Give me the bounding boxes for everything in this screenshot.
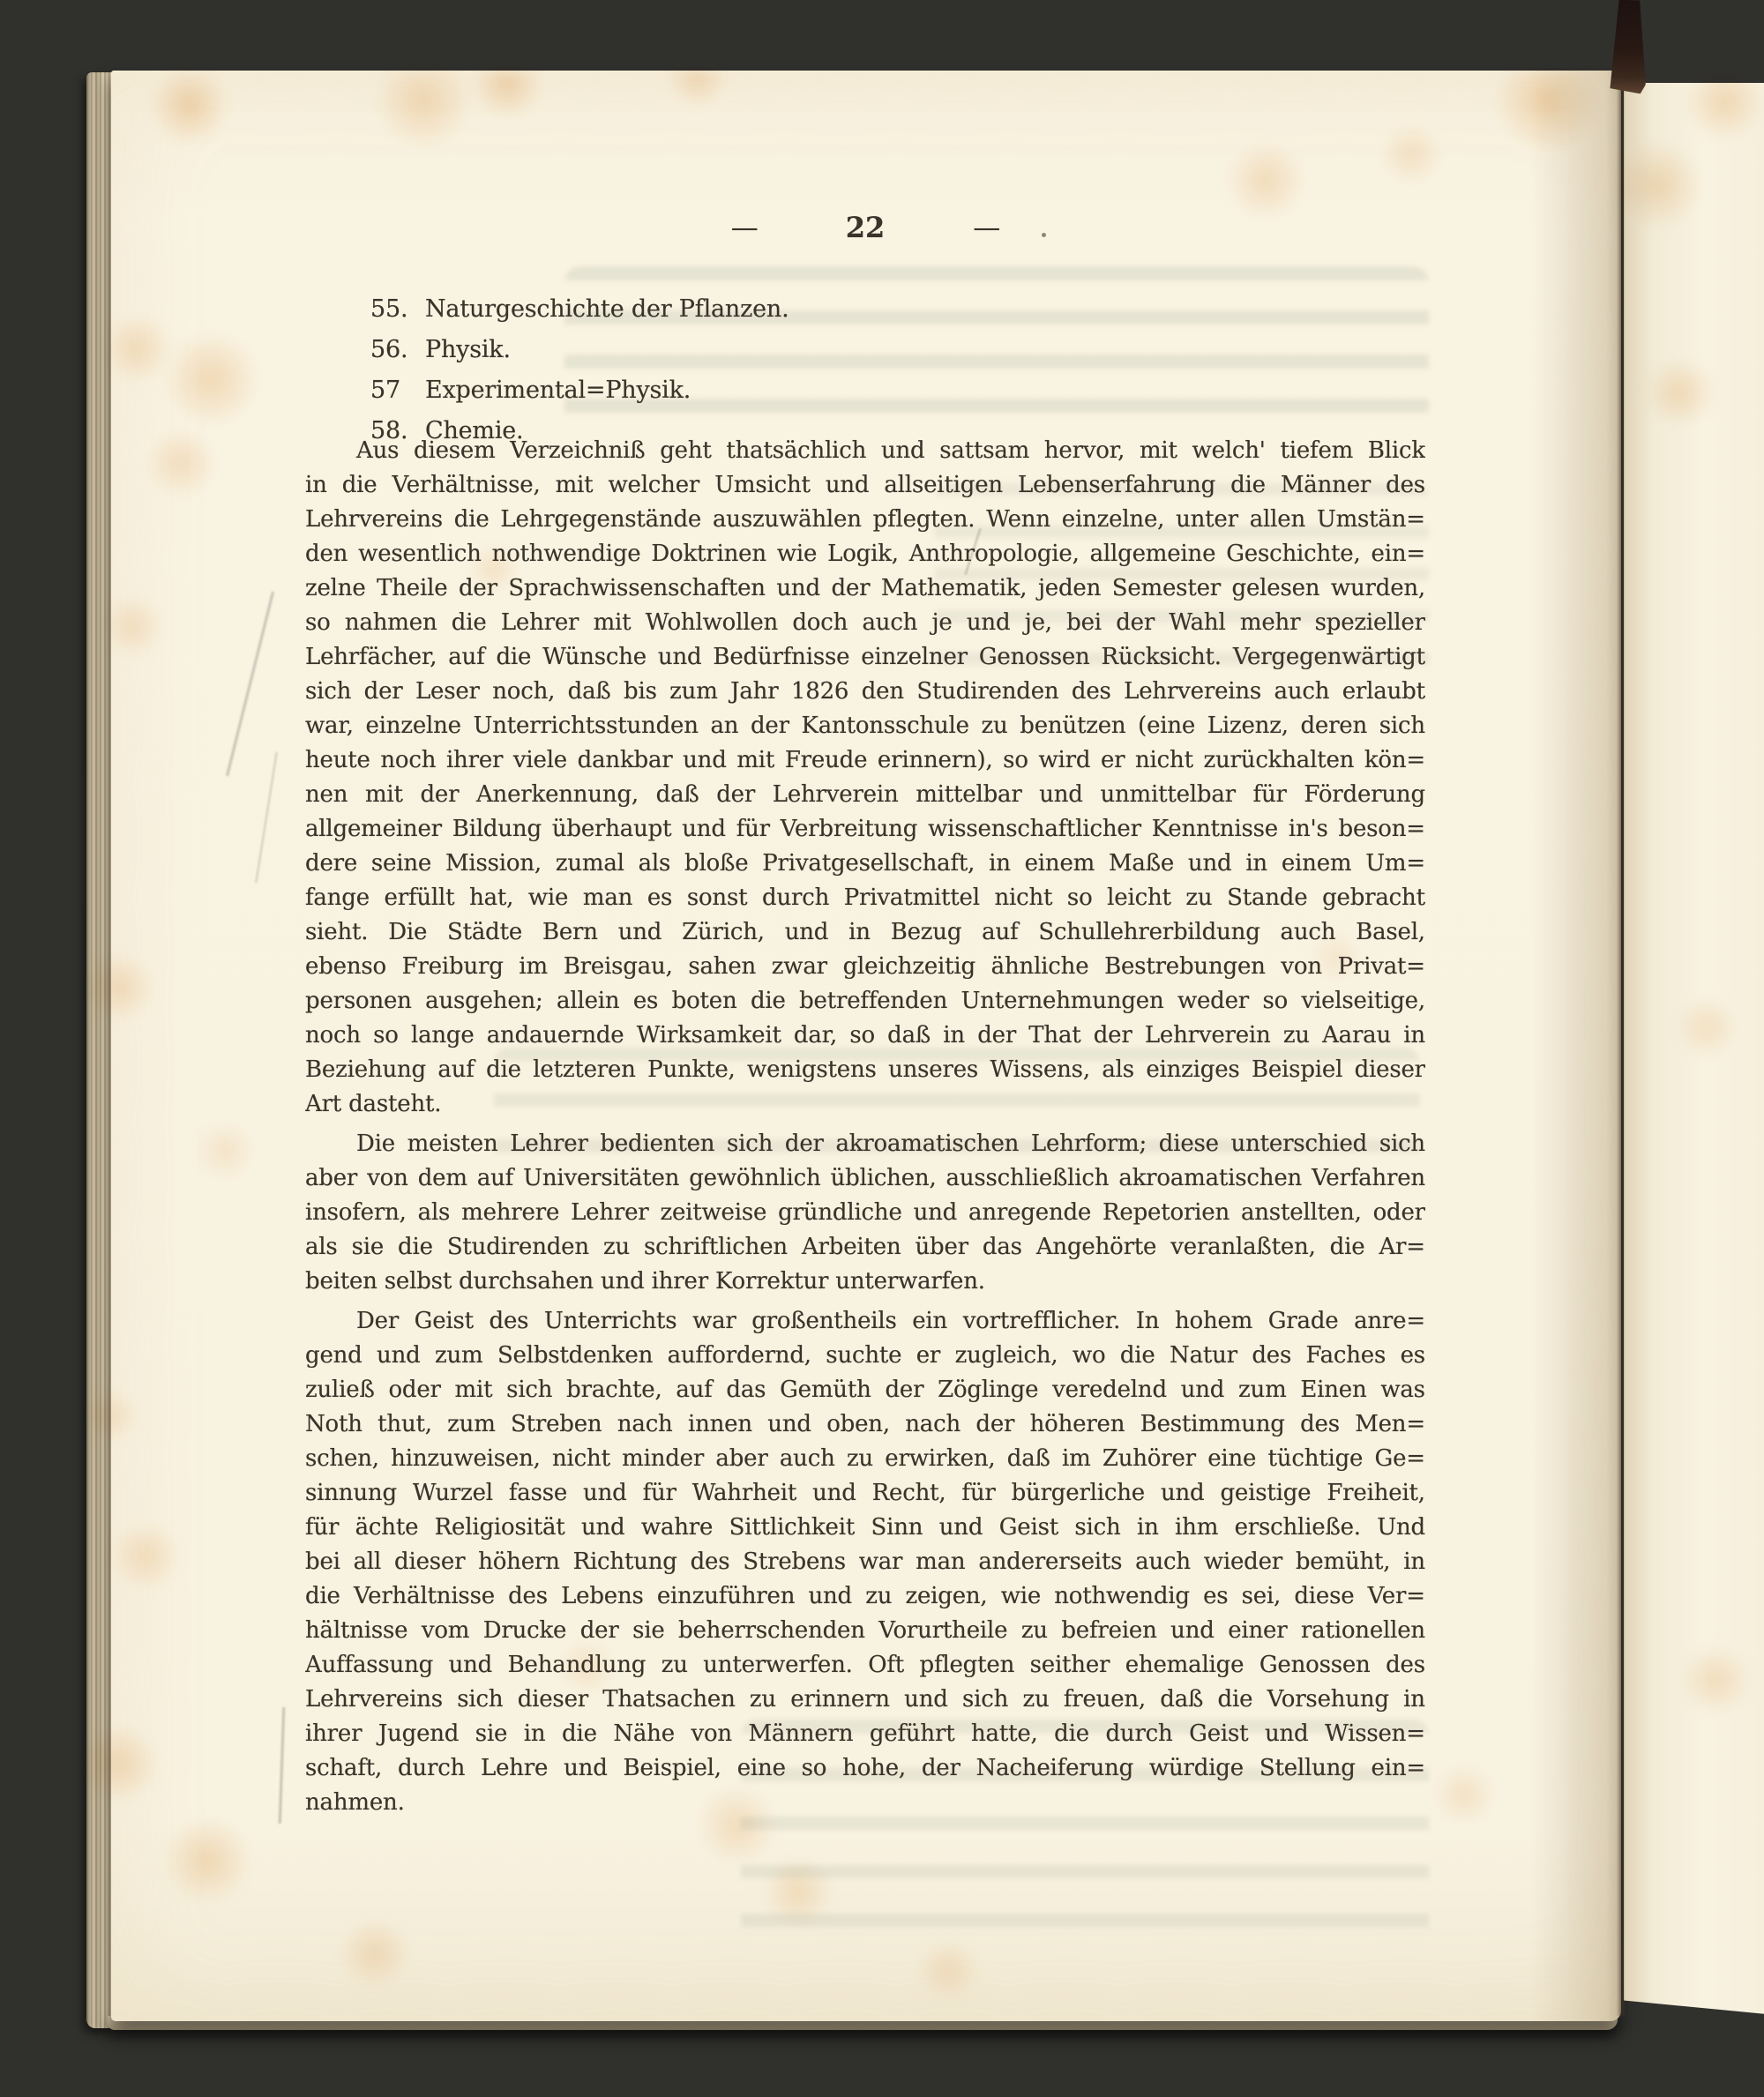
- gutter-crease: [1617, 76, 1625, 2016]
- bookmark-ribbon: [1609, 0, 1648, 94]
- facing-page-edge: [1624, 83, 1764, 2016]
- scan-background: { "header": { "dash_left": "—", "page_nu…: [0, 0, 1764, 2097]
- book-page: [111, 71, 1621, 2021]
